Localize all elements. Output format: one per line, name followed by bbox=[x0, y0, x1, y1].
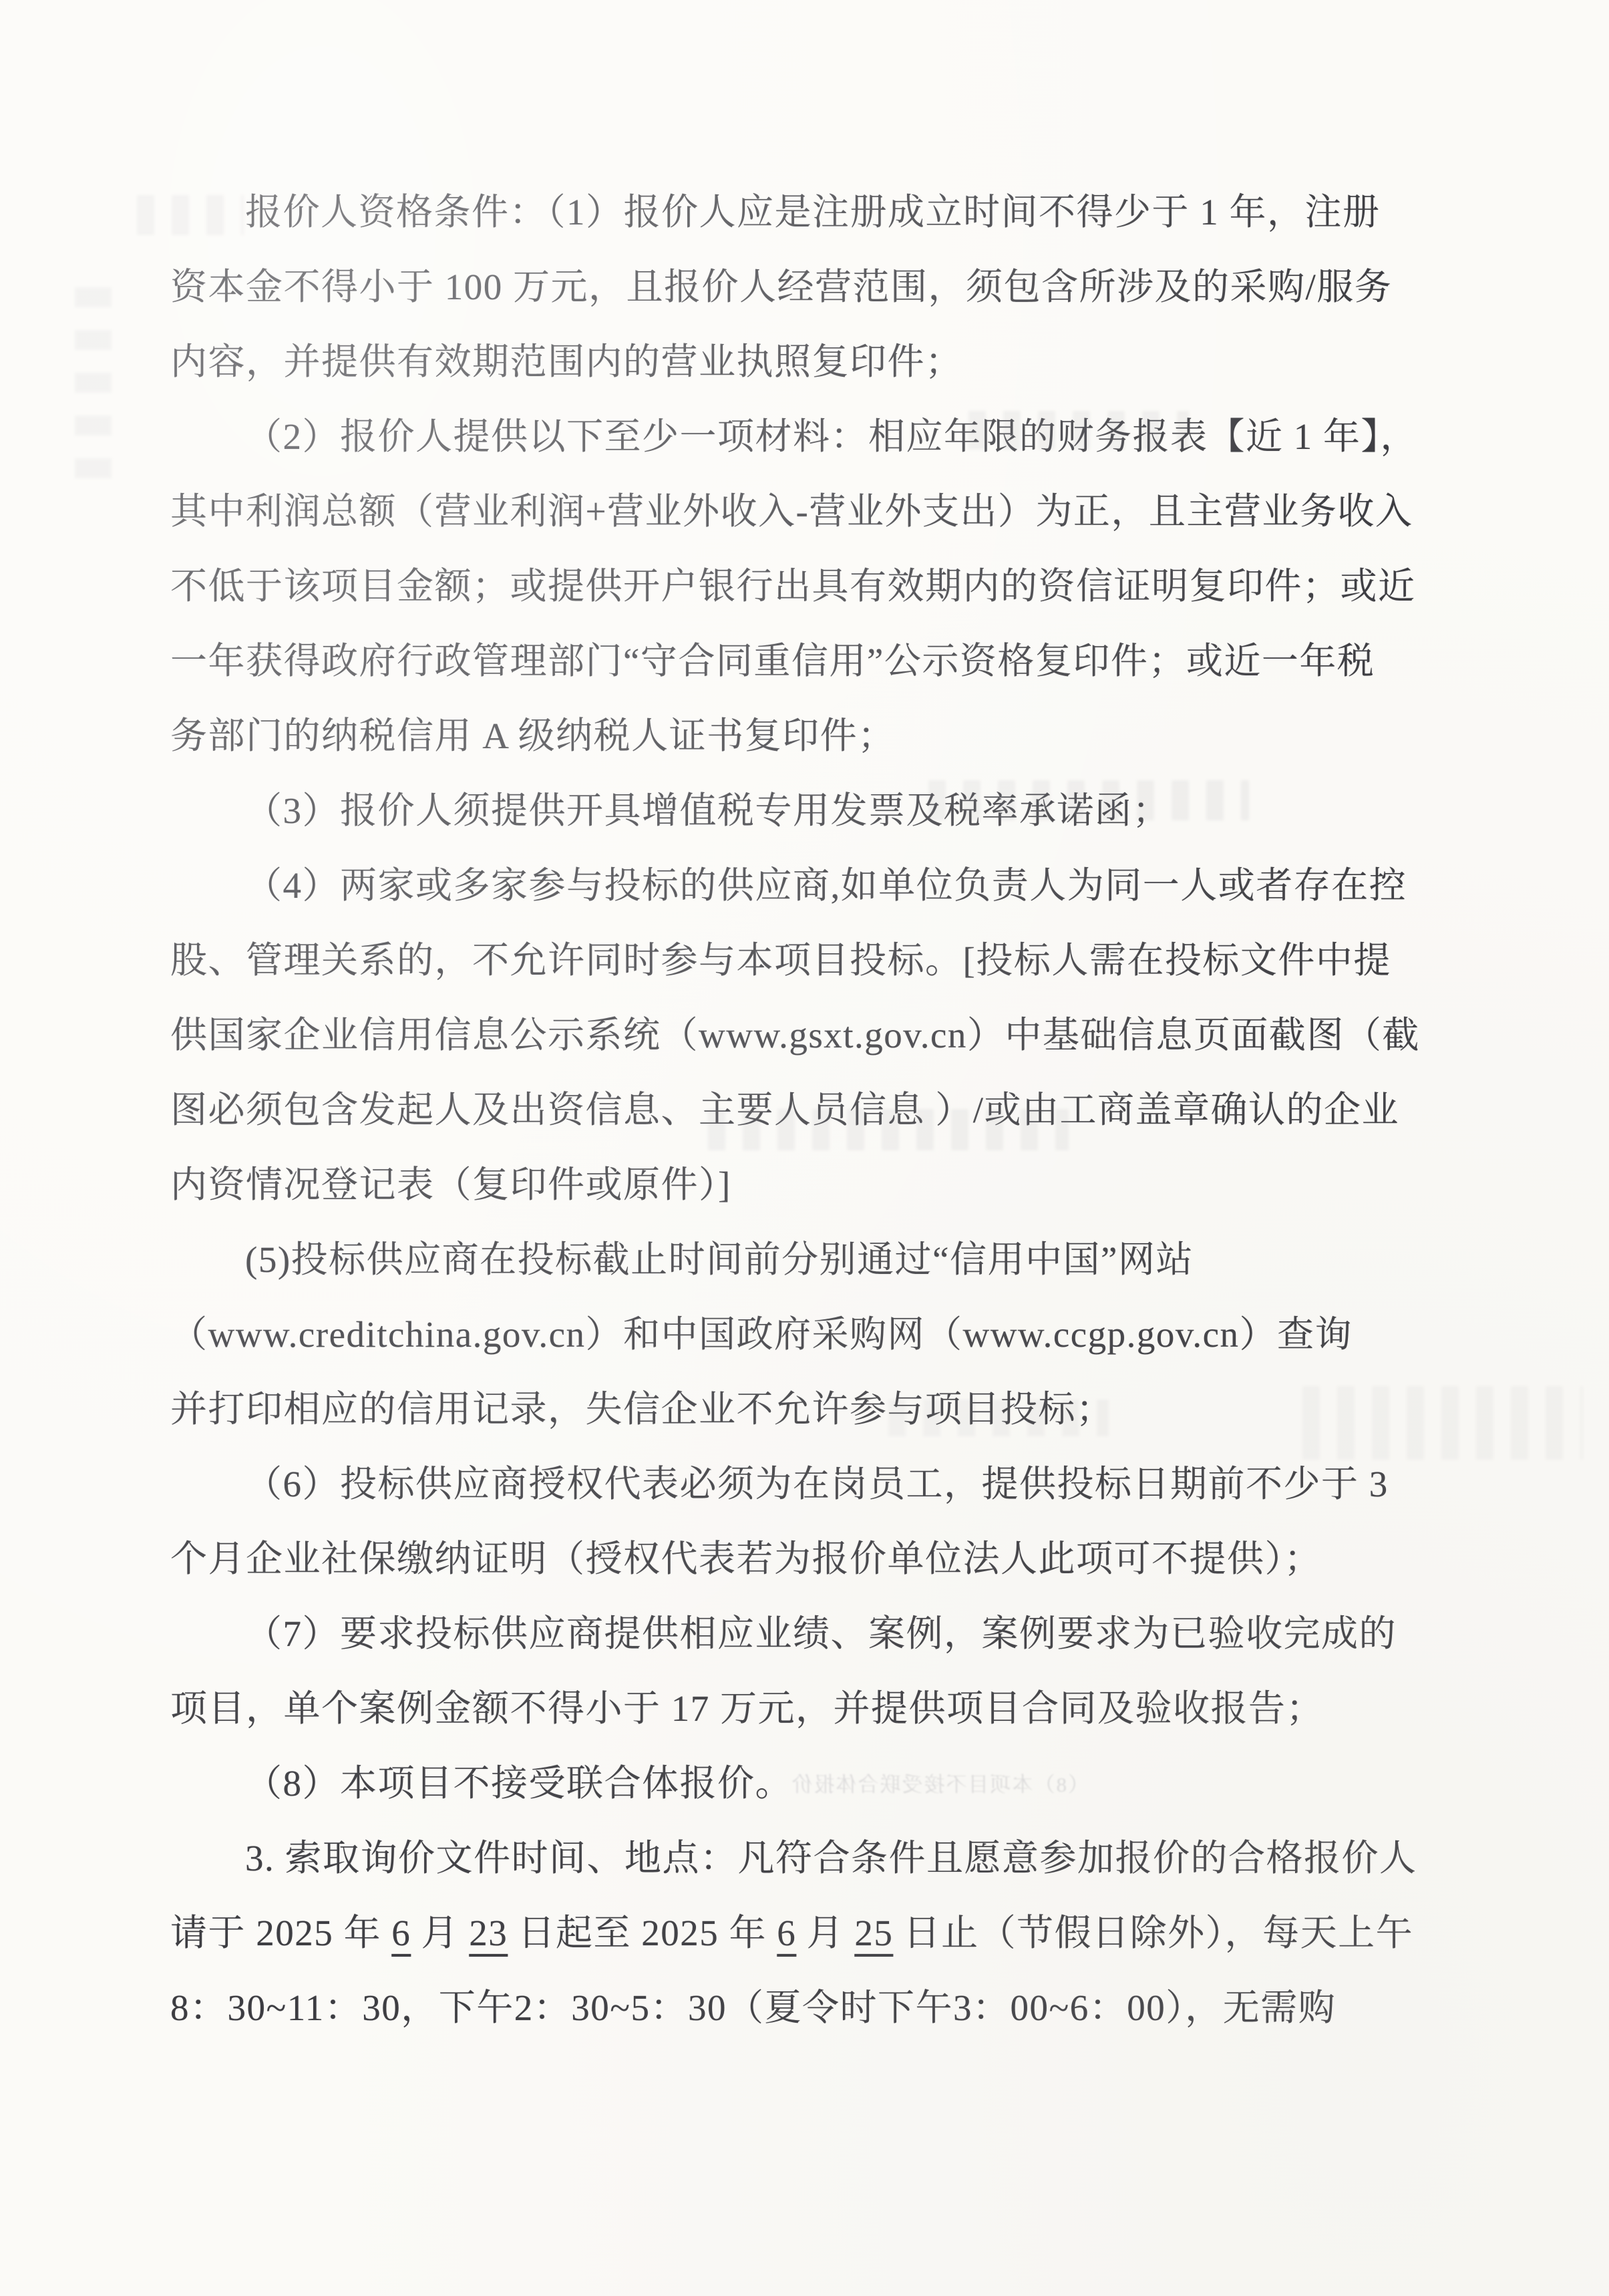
text-line: 内容，并提供有效期范围内的营业执照复印件； bbox=[170, 325, 1506, 399]
bleed-through-smudge bbox=[75, 287, 112, 481]
text-line: 3. 索取询价文件时间、地点：凡符合条件且愿意参加报价的合格报价人 bbox=[170, 1821, 1506, 1896]
underlined-date-value: 25 bbox=[854, 1913, 893, 1953]
text-line: （3）报价人须提供开具增值税专用发票及税率承诺函； bbox=[170, 774, 1506, 848]
underlined-date-value: 23 bbox=[469, 1913, 508, 1953]
text-line: 报价人资格条件：（1）报价人应是注册成立时间不得少于 1 年，注册 bbox=[170, 175, 1506, 250]
underlined-date-value: 6 bbox=[777, 1913, 796, 1953]
text-run: 请于 2025 年 bbox=[170, 1913, 391, 1953]
document-page: 报价人资格条件：（1）报价人应是注册成立时间不得少于 1 年，注册资本金不得小于… bbox=[0, 0, 1609, 2296]
text-line: （7）要求投标供应商提供相应业绩、案例，案例要求为已验收完成的 bbox=[170, 1597, 1506, 1671]
text-run: 日起至 2025 年 bbox=[508, 1913, 777, 1953]
text-line: 项目，单个案例金额不得小于 17 万元，并提供项目合同及验收报告； bbox=[170, 1671, 1506, 1746]
underlined-date-value: 6 bbox=[391, 1913, 411, 1953]
text-run: 月 bbox=[411, 1913, 469, 1953]
text-line: 务部门的纳税信用 A 级纳税人证书复印件； bbox=[170, 699, 1506, 774]
text-line: (5)投标供应商在投标截止时间前分别通过“信用中国”网站 bbox=[170, 1222, 1506, 1297]
text-line: 股、管理关系的，不允许同时参与本项目投标。[投标人需在投标文件中提 bbox=[170, 923, 1506, 998]
text-line: 请于 2025 年 6 月 23 日起至 2025 年 6 月 25 日止（节假… bbox=[170, 1896, 1506, 1971]
text-run: 日止（节假日除外），每天上午 bbox=[893, 1913, 1413, 1953]
text-line: 8：30~11：30，下午2：30~5：30（夏令时下午3：00~6：00），无… bbox=[170, 1971, 1506, 2045]
text-run: 月 bbox=[796, 1913, 854, 1953]
text-line: 内资情况登记表（复印件或原件）] bbox=[170, 1148, 1506, 1222]
text-line: （www.creditchina.gov.cn）和中国政府采购网（www.ccg… bbox=[170, 1297, 1506, 1372]
text-line: 资本金不得小于 100 万元，且报价人经营范围，须包含所涉及的采购/服务 bbox=[170, 250, 1506, 325]
text-line: 一年获得政府行政管理部门“守合同重信用”公示资格复印件；或近一年税 bbox=[170, 624, 1506, 699]
text-block: 报价人资格条件：（1）报价人应是注册成立时间不得少于 1 年，注册资本金不得小于… bbox=[170, 175, 1506, 2045]
text-line: 供国家企业信用信息公示系统（www.gsxt.gov.cn）中基础信息页面截图（… bbox=[170, 998, 1506, 1073]
text-line: （6）投标供应商授权代表必须为在岗员工，提供投标日期前不少于 3 bbox=[170, 1447, 1506, 1522]
text-line: （2）报价人提供以下至少一项材料：相应年限的财务报表【近 1 年】， bbox=[170, 399, 1506, 474]
text-line: 其中利润总额（营业利润+营业外收入-营业外支出）为正，且主营业务收入 bbox=[170, 474, 1506, 549]
text-line: 不低于该项目金额；或提供开户银行出具有效期内的资信证明复印件；或近 bbox=[170, 549, 1506, 624]
text-line: 个月企业社保缴纳证明（授权代表若为报价单位法人此项可不提供）； bbox=[170, 1522, 1506, 1597]
text-line: 并打印相应的信用记录，失信企业不允许参与项目投标； bbox=[170, 1372, 1506, 1447]
text-line: （8）本项目不接受联合体报价。 bbox=[170, 1746, 1506, 1821]
text-line: （4）两家或多家参与投标的供应商,如单位负责人为同一人或者存在控 bbox=[170, 848, 1506, 923]
text-line: 图必须包含发起人及出资信息、主要人员信息 ）/或由工商盖章确认的企业 bbox=[170, 1073, 1506, 1148]
